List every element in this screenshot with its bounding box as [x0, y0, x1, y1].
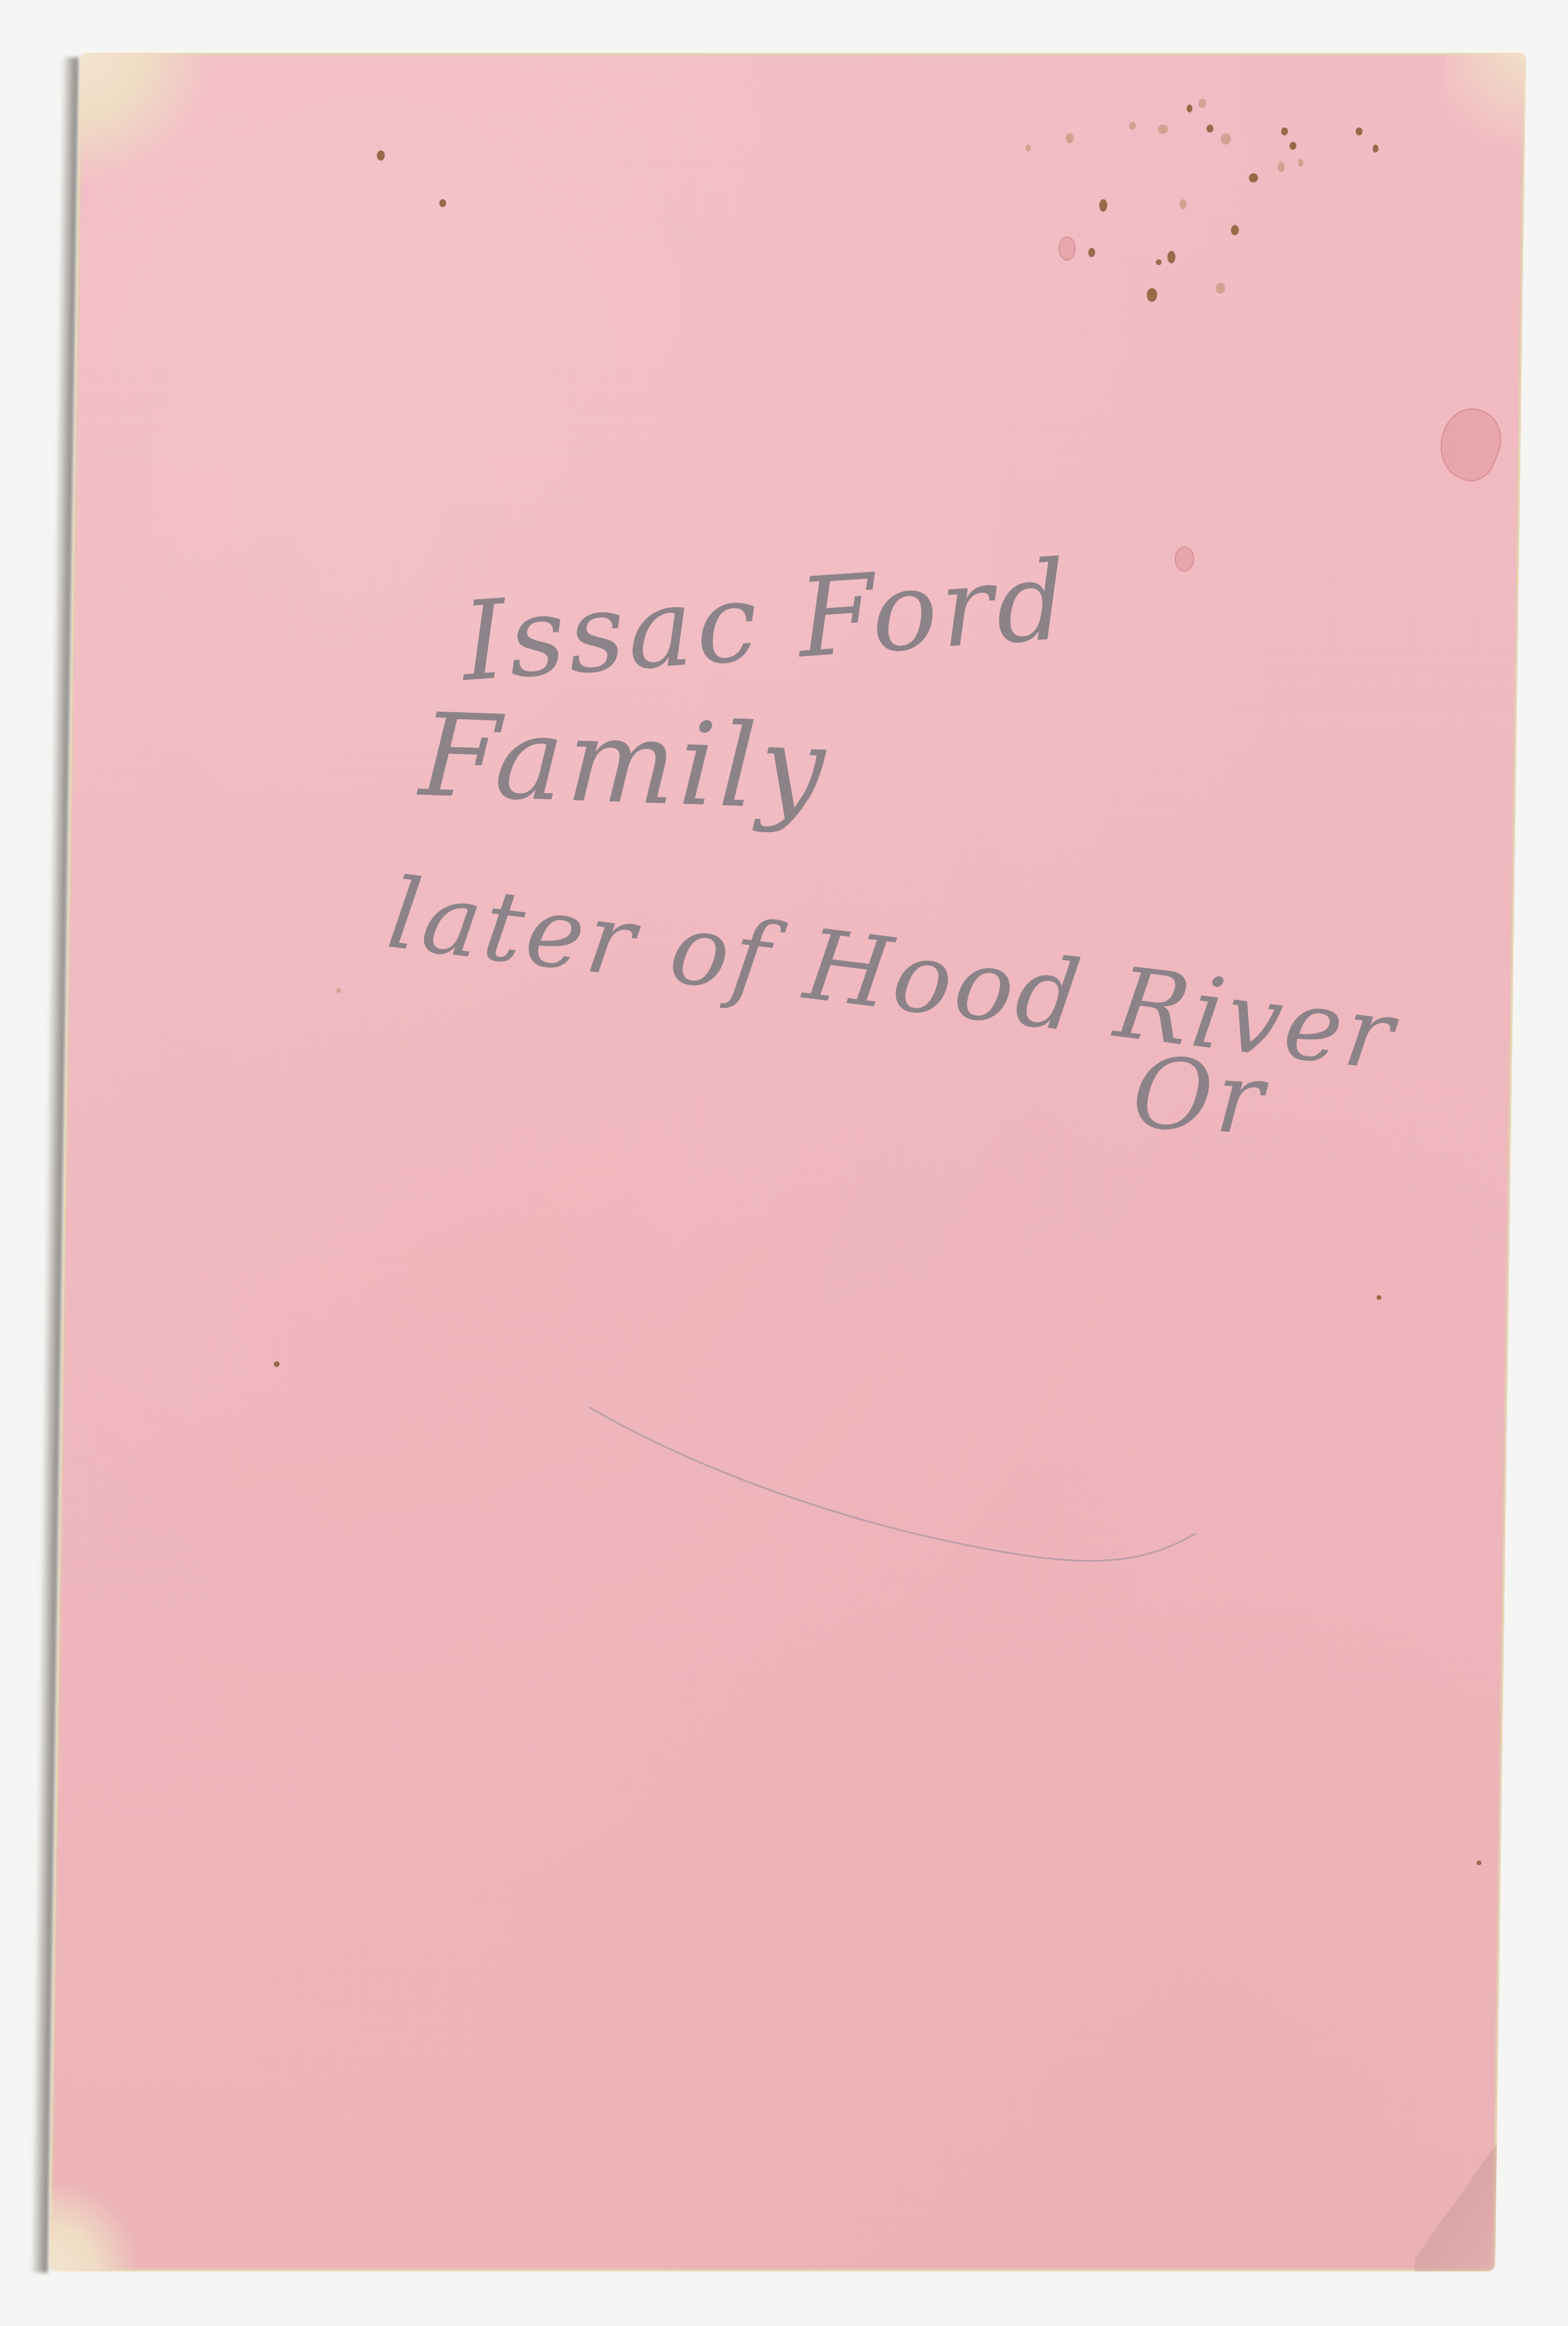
speck: [1377, 1295, 1381, 1300]
foxing-spot: [1099, 199, 1107, 212]
inscription-line-state: Or: [1129, 1036, 1270, 1157]
speck: [336, 988, 341, 993]
foxing-spot: [1298, 159, 1303, 167]
foxing-spot: [1281, 127, 1288, 135]
inscription-line-name: Issac Ford: [459, 537, 1073, 705]
speck: [274, 1361, 280, 1367]
faint-stain: [1174, 546, 1194, 572]
worn-corner-top-right: [1444, 53, 1526, 168]
water-stain: [1430, 401, 1511, 488]
foxing-spot: [1158, 125, 1168, 134]
foxing-spot: [1156, 259, 1162, 265]
foxing-spot: [1147, 288, 1157, 302]
inscription-line-family: Family: [417, 689, 831, 837]
folded-corner-bottom-right: [1415, 2128, 1497, 2271]
foxing-spot: [377, 150, 385, 161]
foxing-stain-large: [1058, 236, 1076, 261]
foxing-spot: [1206, 125, 1213, 133]
foxing-spot: [1198, 99, 1206, 108]
foxing-spot: [1221, 133, 1231, 145]
photo-card-back: Issac Ford Family later of Hood River Or…: [49, 53, 1526, 2271]
foxing-spot: [1356, 127, 1363, 135]
foxing-spot: [1167, 251, 1175, 263]
scan-background: Issac Ford Family later of Hood River Or…: [0, 0, 1568, 2326]
foxing-spot: [1129, 122, 1136, 130]
foxing-spot: [1231, 225, 1239, 235]
foxing-spot: [439, 199, 446, 207]
worn-corner-top-left: [78, 53, 212, 185]
foxing-spot: [1088, 248, 1095, 257]
worn-corner-bottom-left: [49, 2185, 148, 2271]
pencil-inscription: Issac Ford Family later of Hood River Or: [49, 53, 1526, 2271]
inscription-line-location: later of Hood River: [382, 857, 1403, 1093]
foxing-spot: [1026, 145, 1031, 152]
foxing-spot: [1373, 145, 1379, 153]
foxing-spot: [1249, 173, 1258, 182]
foxing-spot: [1216, 282, 1225, 294]
foxing-spot: [1290, 142, 1297, 150]
foxing-spot: [1278, 162, 1284, 172]
speck: [1477, 1861, 1481, 1865]
foxing-spot: [1066, 133, 1074, 143]
foxing-spot: [1179, 199, 1186, 209]
foxing-spot: [1187, 104, 1193, 112]
stray-pencil-mark: [564, 1361, 1371, 1591]
